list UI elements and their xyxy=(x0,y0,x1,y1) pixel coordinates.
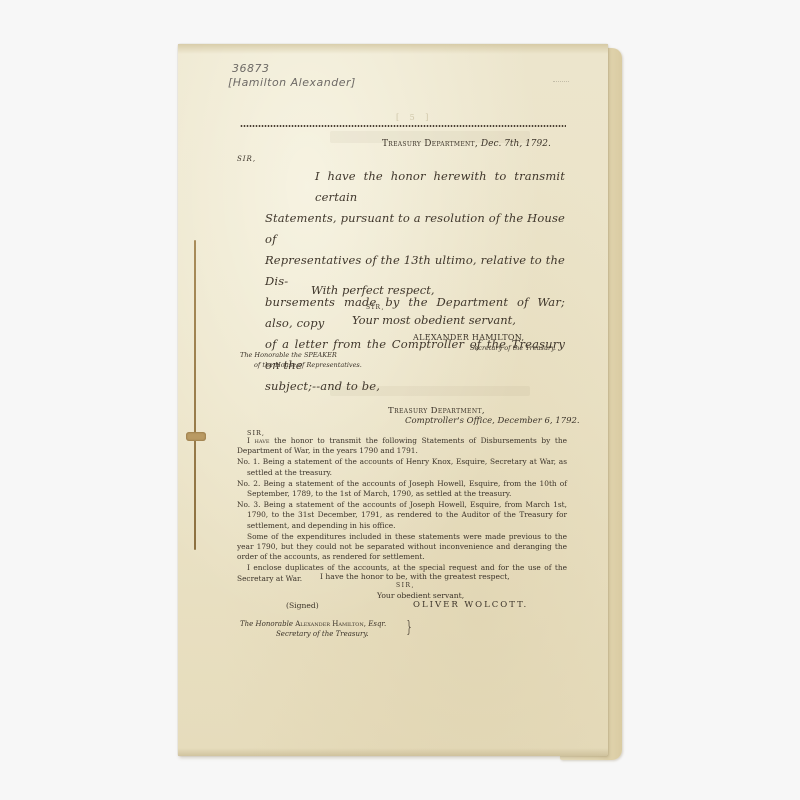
letter1-signature: ALEXANDER HAMILTON, xyxy=(413,333,524,342)
page-number: [ 5 ] xyxy=(396,113,432,122)
letter2-servant-line: Your obedient servant, xyxy=(377,591,464,600)
letter2-office-date: Comptroller's Office, December 6, 1792. xyxy=(405,416,580,426)
letter1-addressee-line2: of the House of Representatives. xyxy=(254,361,362,369)
binding-knot xyxy=(186,432,206,441)
addressee-brace: } xyxy=(407,617,412,636)
letter2-paragraph-text: the honor to transmit the following Stat… xyxy=(237,436,567,455)
letter2-signature: OLIVER WOLCOTT. xyxy=(413,600,528,610)
letter2-addressee: The Honorable Alexander Hamilton, Esqr. xyxy=(240,620,386,628)
letter1-signature-title: Secretary of the Treasury. xyxy=(470,344,556,352)
letter1-servant-line: Your most obedient servant, xyxy=(352,313,516,327)
document-photo: 36873 [Hamilton Alexander] [ 5 ] Treasur… xyxy=(0,0,800,800)
letter1-date: Dec. 7th, 1792. xyxy=(481,139,551,149)
letter2-closing-sir: SIR, xyxy=(396,582,415,589)
letter1-dateline: Treasury Department, Dec. 7th, 1792. xyxy=(382,139,551,149)
letter2-closing: I have the honor to be, with the greates… xyxy=(320,572,510,581)
letter1-closing-sir: SIR, xyxy=(366,304,385,311)
letter1-line: Statements, pursuant to a resolution of … xyxy=(265,208,565,250)
letter2-department: Treasury Department, xyxy=(388,406,485,416)
letter2-lead-word: I have xyxy=(247,436,270,445)
letter1-salutation: SIR, xyxy=(237,155,256,163)
letter2-addressee-suffix: Esqr. xyxy=(366,620,386,628)
letter2-statement-item: No. 2. Being a statement of the accounts… xyxy=(237,479,567,499)
letter2-addressee-prefix: The Honorable xyxy=(240,620,293,628)
catalog-number: 36873 xyxy=(232,62,270,75)
pencil-annotation-mark xyxy=(553,74,569,82)
letter1-line: I have the honor herewith to transmit ce… xyxy=(265,166,565,208)
letter2-addressee-title: Secretary of the Treasury. xyxy=(276,630,369,638)
letter2-paragraph: Some of the expenditures included in the… xyxy=(237,532,567,563)
letter2-statement-item: No. 3. Being a statement of the accounts… xyxy=(237,500,567,531)
letter2-statement-item: No. 1. Being a statement of the accounts… xyxy=(237,457,567,477)
letter1-department: Treasury Department, xyxy=(382,139,478,149)
letter2-signed-label: (Signed) xyxy=(286,601,319,610)
letter2-addressee-name: Alexander Hamilton, xyxy=(295,620,366,628)
letter2-paragraph: I have the honor to transmit the followi… xyxy=(237,436,567,456)
letter1-line: subject;--and to be, xyxy=(265,376,565,397)
attribution-note: [Hamilton Alexander] xyxy=(228,76,356,89)
document-page xyxy=(178,44,608,756)
dotted-rule xyxy=(240,125,566,127)
letter1-addressee: The Honorable the SPEAKER xyxy=(240,351,337,359)
binding-thread xyxy=(194,240,196,550)
letter1-closing: With perfect respect, xyxy=(311,283,435,297)
letter2-body: I have the honor to transmit the followi… xyxy=(237,436,567,585)
